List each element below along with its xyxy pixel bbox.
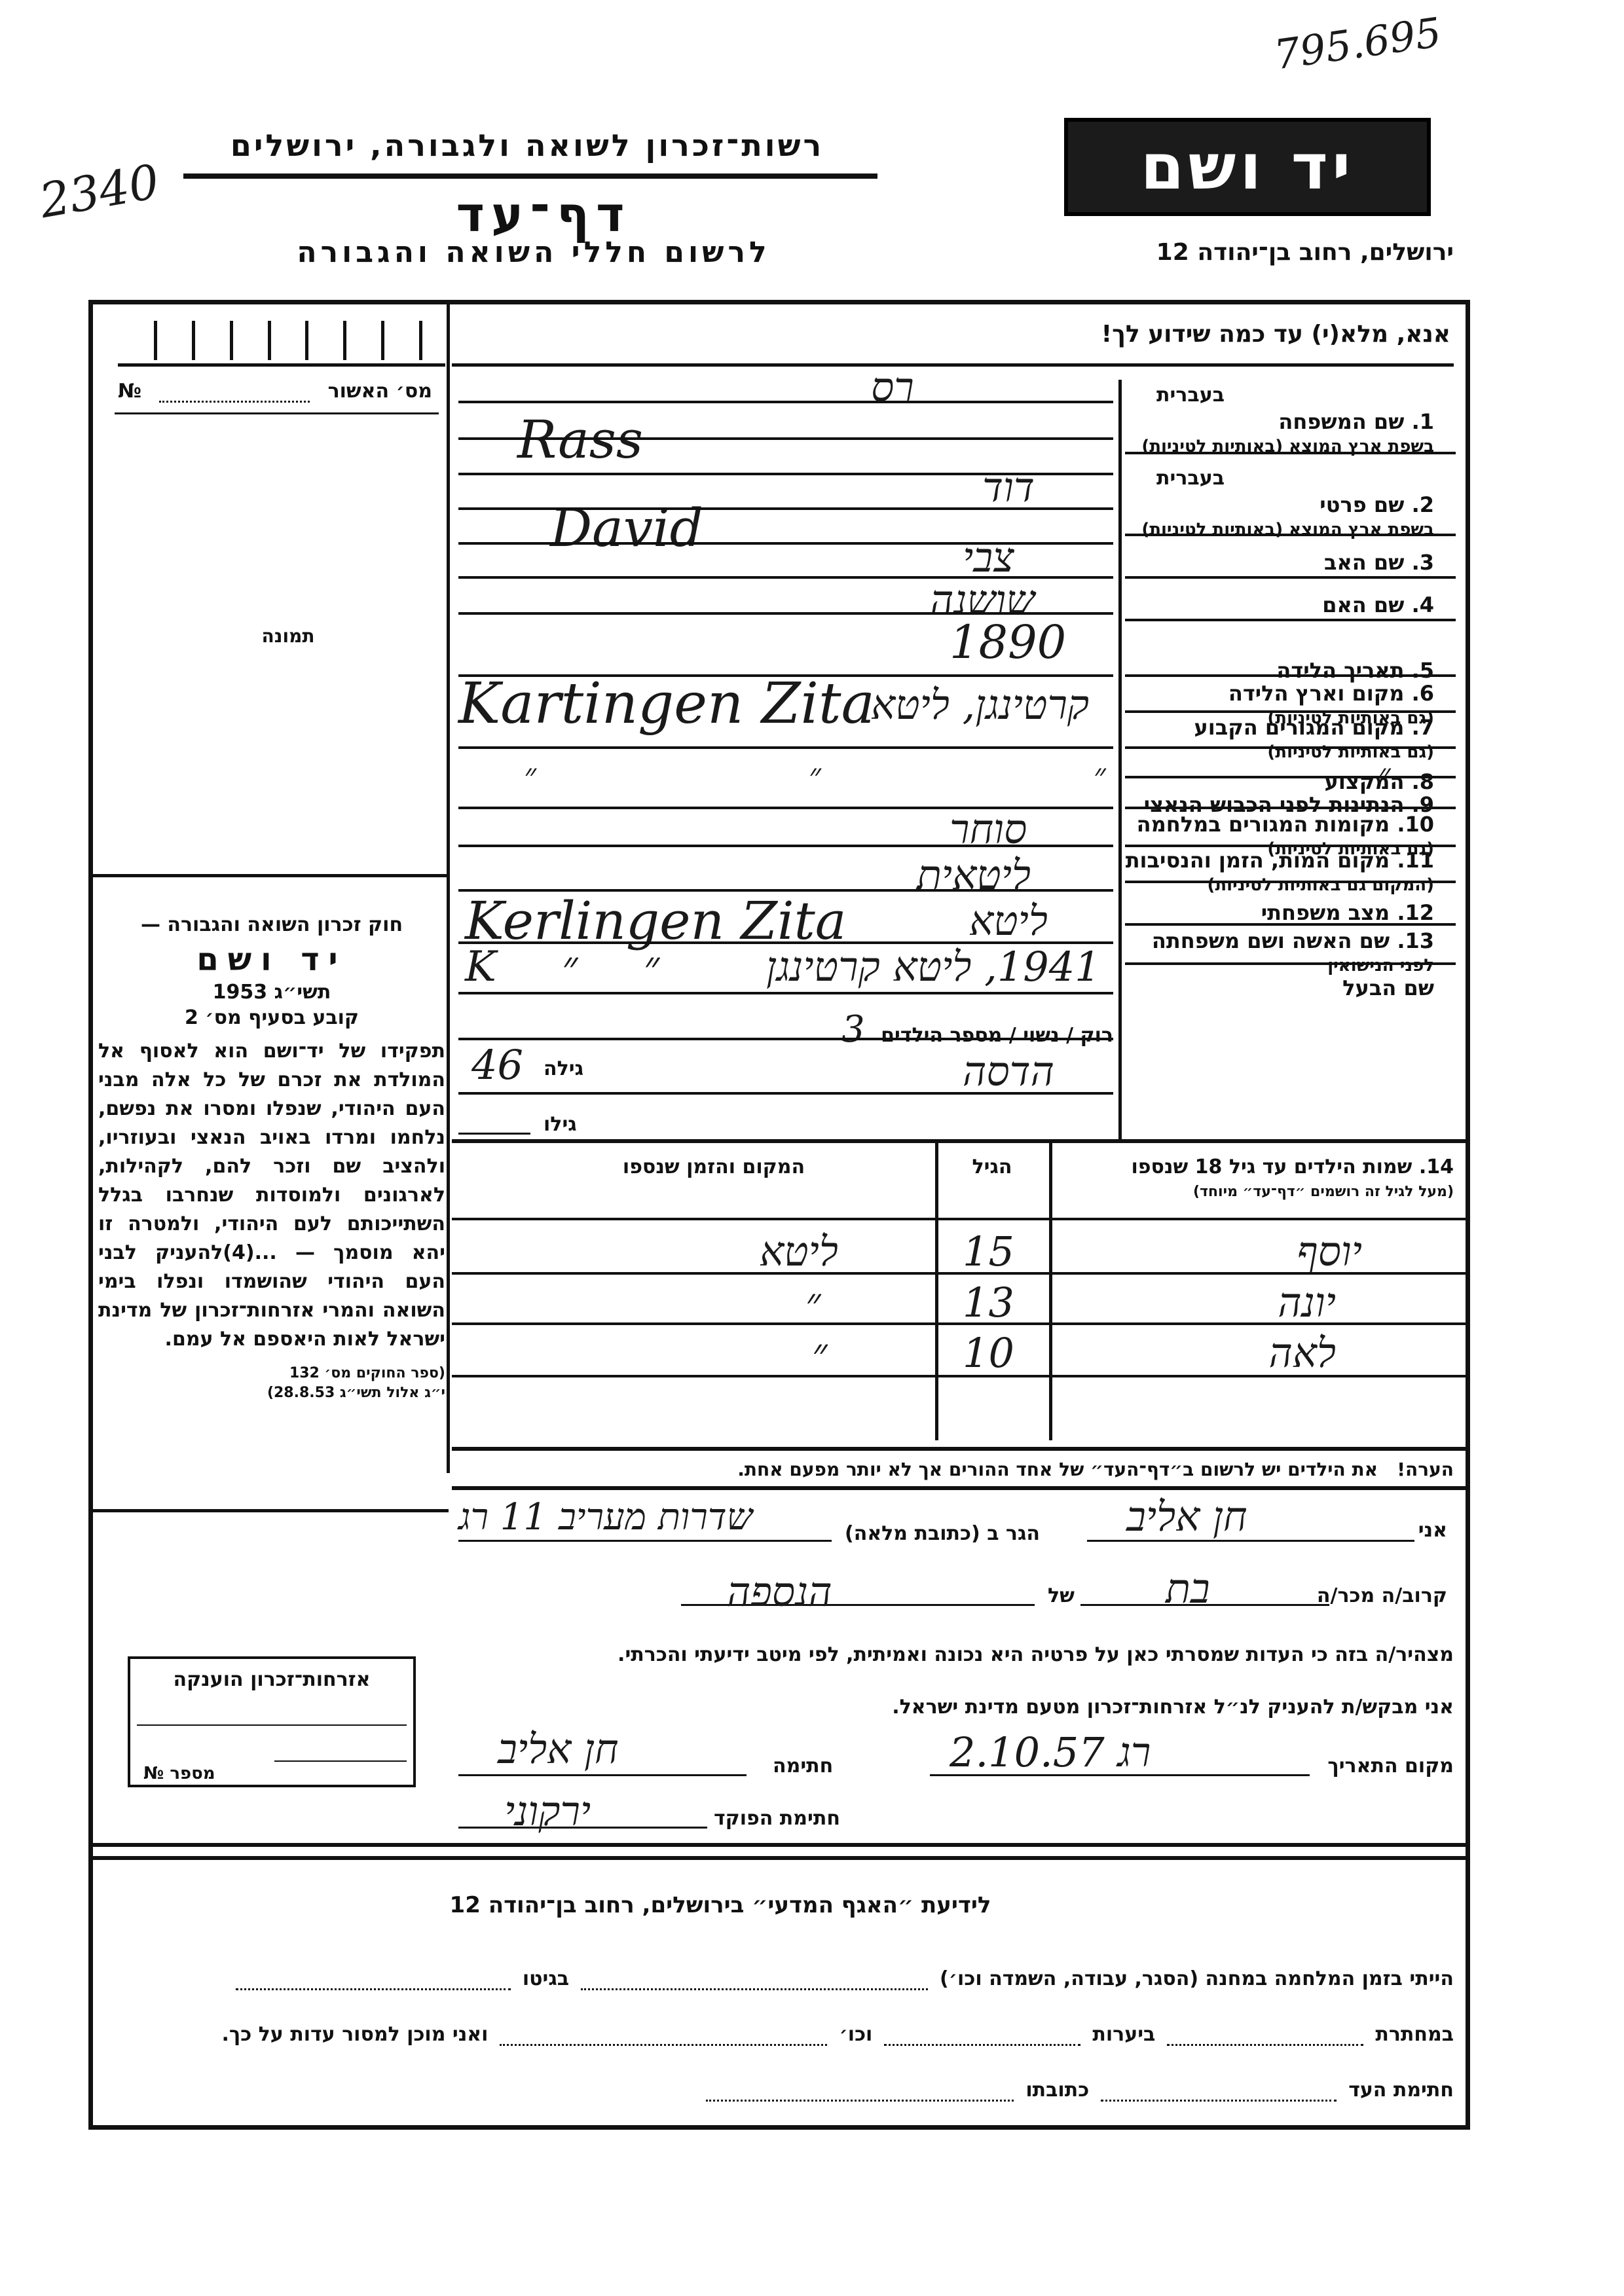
camp-blank[interactable] (581, 1971, 928, 1990)
law-ref-1: (ספר החוקים מס׳ 132 (98, 1364, 445, 1383)
child-place[interactable]: ליטא (760, 1228, 838, 1276)
divider (452, 1447, 1467, 1451)
witness-signature-blank[interactable] (1101, 2082, 1337, 2102)
officer-signature-value[interactable]: ירקוני (504, 1787, 591, 1836)
citizenship-box: אזרחות־זכרון הוענקה מספר № (128, 1656, 416, 1787)
field-line (1125, 619, 1456, 621)
cert-no-mark: № (118, 380, 141, 403)
field-line (458, 1092, 1113, 1095)
declarant-lives-label: הגר ב (כתובת מלאה) (845, 1522, 1040, 1545)
cert-tick-marks (115, 321, 449, 367)
children-note: הערה! את הילדים יש לרשום ב״דף־העד״ של אח… (458, 1459, 1454, 1480)
yad-vashem-logo: יד ושם (1064, 118, 1431, 216)
divider (92, 1509, 449, 1512)
field-line (458, 576, 1113, 579)
field-line (458, 612, 1113, 615)
law-text-block: חוק זכרון השואה והגבורה — יד ושם תשי״ג 1… (98, 913, 445, 1402)
of-label: של (1048, 1584, 1075, 1607)
witness-address-blank[interactable] (706, 2082, 1014, 2102)
child-age[interactable]: 13 (963, 1279, 1014, 1326)
underground-blank[interactable] (1167, 2026, 1363, 2046)
field-4-label: 4. שם האם (1113, 592, 1434, 617)
field-11-hebrew-value[interactable]: 1941, ליטא קרטינגן (766, 943, 1101, 991)
field-line (458, 401, 1113, 403)
field-line (458, 746, 1113, 749)
wife-age-value[interactable]: 46 (471, 1041, 523, 1089)
citizenship-title: אזרחות־זכרון הוענקה (130, 1668, 413, 1691)
field-2-hebrew-value[interactable]: דוד (982, 464, 1035, 512)
field-line (1125, 710, 1456, 713)
child-name[interactable]: יונה (1278, 1279, 1336, 1327)
field-line (1125, 923, 1456, 926)
law-ref-2: י״ג אלול תשי״ג 28.8.53) (98, 1384, 445, 1402)
divider (118, 363, 445, 367)
logo-text: יד ושם (1141, 130, 1355, 204)
column-divider (447, 303, 450, 1473)
relation-label: קרוב/ה מכר/ה (1317, 1584, 1447, 1607)
citizenship-number[interactable]: מספר № (143, 1764, 215, 1783)
field-5-value[interactable]: 1890 (950, 615, 1066, 669)
other-blank[interactable] (500, 2026, 827, 2046)
marital-status-options[interactable]: רוק / נשוי / מספר הילדים 3 (674, 1008, 1113, 1051)
form-subtitle: לרשום חללי השואה והגבורה (262, 236, 805, 269)
divider (137, 1724, 407, 1726)
cert-number-label: מס׳ האשור (328, 380, 432, 403)
field-line (458, 845, 1113, 847)
info-row-3: חתימת העד כתובתו (706, 2079, 1454, 2102)
field-line (1125, 807, 1456, 809)
side-note: 2340 (35, 154, 163, 229)
info-section-title: לידיעת ״האגף המדעי״ בירושלים, רחוב בן־יה… (262, 1892, 1179, 1918)
field-line (1125, 776, 1456, 778)
field-line (458, 507, 1113, 510)
col-place-header: המקום והזמן שנספו (517, 1156, 910, 1178)
cert-number-field[interactable]: № מס׳ האשור (118, 380, 432, 403)
row-line (452, 1218, 1467, 1220)
forests-blank[interactable] (884, 2026, 1080, 2046)
field-line (1125, 845, 1456, 847)
field-line (1125, 881, 1456, 883)
field-line (1125, 674, 1456, 677)
field-line (1125, 576, 1456, 579)
child-name[interactable]: יוסף (1297, 1228, 1362, 1276)
signature-value[interactable]: חן אליב (498, 1725, 619, 1774)
children-table: 14. שמות הילדים עד גיל 18 שנספו (מעל לגי… (452, 1142, 1467, 1450)
child-place[interactable]: ״ (805, 1279, 821, 1327)
child-age[interactable]: 15 (963, 1228, 1014, 1275)
field-9-value[interactable]: ליטאית (917, 851, 1031, 900)
field-5-label: 5. תאריך הלידה (1113, 658, 1434, 683)
law-section: קובע בסעיף מס׳ 2 (98, 1006, 445, 1029)
field-line (1125, 746, 1456, 749)
field-3-value[interactable]: צבי (963, 534, 1014, 582)
divider (274, 1760, 407, 1762)
photo-placeholder: תמונה (223, 625, 354, 647)
field-line (458, 473, 1113, 475)
law-year: תשי״ג 1953 (98, 981, 445, 1004)
law-org: יד ושם (98, 941, 445, 978)
divider (115, 412, 439, 414)
declaration-text: מצהיר/ה בזה כי העדות שמסרתי כאן על פרטיה… (618, 1643, 1454, 1666)
hebrew-tag: בעברית (1156, 466, 1225, 491)
husband-age-blank[interactable] (458, 1133, 530, 1135)
declarant-name[interactable]: חן אליב (1126, 1493, 1247, 1541)
field-6-latin-value[interactable]: Kartingen Zita (458, 671, 875, 737)
field-2-latin-value[interactable]: David (550, 498, 703, 558)
archive-number: 795.695 (1271, 9, 1444, 79)
marital-options-text: רוק / נשוי / מספר הילדים (881, 1024, 1113, 1047)
child-age[interactable]: 10 (963, 1329, 1014, 1377)
law-title: חוק זכרון השואה והגבורה — (98, 913, 445, 936)
note-text: את הילדים יש לרשום ב״דף־העד״ של אחד ההור… (737, 1459, 1378, 1480)
col-divider (935, 1142, 938, 1440)
divider (88, 1843, 1470, 1847)
info-row-1: הייתי בזמן המלחמה במחנה (הסגר, עבודה, הש… (236, 1967, 1454, 1990)
field-line (458, 542, 1113, 545)
signature-label: חתימה (773, 1755, 833, 1777)
children-count[interactable]: 3 (841, 1008, 865, 1051)
field-line (458, 437, 1113, 440)
row-line (452, 1322, 1467, 1325)
signature-line (458, 1774, 747, 1776)
field-11-latin-value[interactable]: K ״ ״ (465, 943, 686, 991)
of-value[interactable]: הנספה (727, 1568, 832, 1616)
number-mark: № (143, 1764, 164, 1783)
field-2-label: בעברית 2. שם פרטי בשפת ארץ המוצא (באותיו… (1113, 466, 1434, 542)
form-title: דף־עד (406, 187, 681, 243)
cert-number-blank[interactable] (159, 383, 310, 403)
row-line (452, 1375, 1467, 1377)
field-13-value[interactable]: הדסה (963, 1048, 1054, 1096)
field-line (458, 992, 1113, 994)
law-body: תפקידו של יד־ושם הוא לאסוף אל המולדת את … (98, 1037, 445, 1354)
col-divider (1049, 1142, 1052, 1440)
officer-signature-label: חתימת הפוקד (714, 1807, 840, 1830)
divider (92, 874, 449, 877)
field-1-hebrew-value[interactable]: רס (871, 363, 914, 412)
field-10-hebrew-value[interactable]: ליטא (969, 897, 1048, 945)
relation-value[interactable]: בת (1166, 1565, 1210, 1613)
ghetto-blank[interactable] (236, 1971, 511, 1990)
field-11-label: 11. מקום המות, הזמן והנסיבות (המקום גם ב… (1113, 848, 1434, 898)
declarant-address[interactable]: שדרות מעריב 11 רג (458, 1496, 752, 1539)
address-line (458, 1540, 832, 1542)
field-line (458, 1038, 1113, 1040)
divider (88, 1856, 1470, 1860)
note-label: הערה! (1397, 1459, 1454, 1480)
husband-age-label: גילו (544, 1113, 577, 1136)
number-label: מספר (170, 1764, 215, 1783)
place-date-value[interactable]: רג 2.10.57 (950, 1728, 1151, 1777)
hebrew-tag: בעברית (1156, 383, 1225, 408)
row-line (452, 1272, 1467, 1275)
child-place[interactable]: ״ (812, 1329, 828, 1377)
field-line (1125, 962, 1456, 965)
field-line (1125, 534, 1456, 536)
request-text: אני מבקש/ת להעניק לנ״ל אזרחות־זכרון מטעם… (892, 1696, 1454, 1719)
organization-name: רשות־זכרון לשואה ולגבורה, ירושלים (177, 128, 877, 163)
divider (183, 173, 877, 179)
field-3-label: 3. שם האב (1113, 550, 1434, 575)
field-12-label: 12. מצב משפחתי (1113, 900, 1434, 925)
declarant-i-label: אני (1418, 1519, 1447, 1542)
address: ירושלים, רחוב בן־יהודה 12 (1048, 239, 1454, 266)
child-name[interactable]: לאה (1268, 1329, 1336, 1377)
field-1-label: בעברית 1. שם המשפחה בשפת ארץ המוצא (באות… (1113, 383, 1434, 459)
divider (452, 1486, 1467, 1490)
husband-name-label: שם הבעל (1113, 975, 1434, 1000)
children-header: 14. שמות הילדים עד גיל 18 שנספו (מעל לגי… (1061, 1156, 1454, 1200)
info-row-2: במחתרת ביערות וכו׳ ואני מוכן למסור עדות … (222, 2023, 1454, 2046)
divider (452, 363, 1454, 367)
field-13-label: 13. שם האשה ושם משפחתה לפני הנישואין (1113, 928, 1434, 978)
field-line (1125, 452, 1456, 454)
wife-age-label: גילה (544, 1057, 583, 1080)
field-8-label: 8. המקצוע (1113, 769, 1434, 794)
place-date-label: מקום התאריך (1327, 1755, 1454, 1777)
instruction: אנא, מלא(י) עד כמה שידוע לך! (458, 321, 1450, 348)
field-6-hebrew-value[interactable]: קרטינגן, ליטא (871, 681, 1089, 729)
col-age-header: הגיל (950, 1156, 1035, 1178)
